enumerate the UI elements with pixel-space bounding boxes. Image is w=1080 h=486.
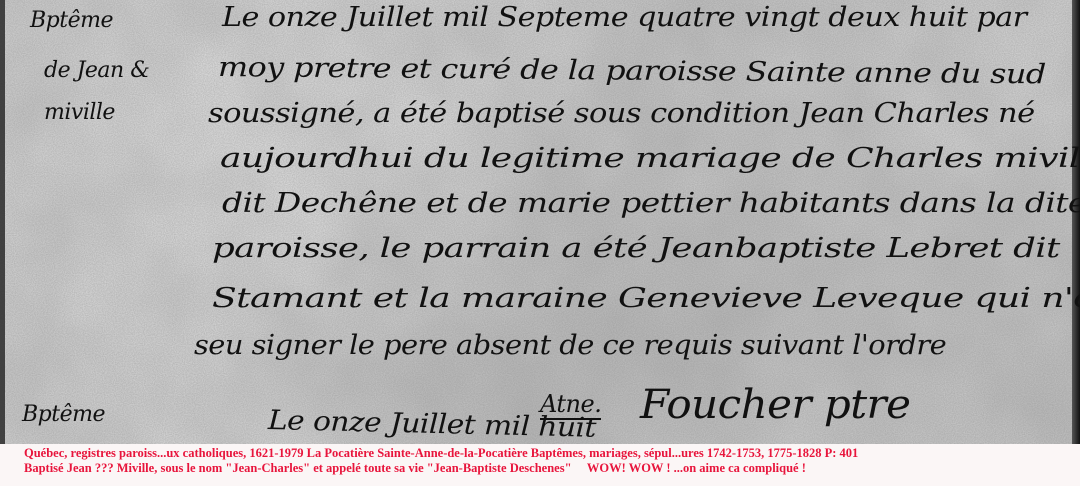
entry-line-6: paroisse, le parrain a été Jeanbaptiste …	[212, 233, 1060, 264]
margin-note-de-jean: de Jean &	[44, 58, 149, 83]
priest-signature: Foucher ptre	[640, 382, 910, 428]
caption-comment-line: Baptisé Jean ??? Miville, sous le nom "J…	[24, 461, 806, 476]
page-edge-right	[1072, 0, 1080, 444]
register-scan: Bptême de Jean & miville Bptême Le onze …	[0, 0, 1080, 444]
caption-source-line: Québec, registres paroiss...ux catholiqu…	[24, 446, 858, 461]
entry-line-5: dit Dechêne et de marie pettier habitant…	[222, 188, 1080, 219]
entry-line-4: aujourdhui du legitime mariage de Charle…	[220, 143, 1080, 174]
entry-line-3: soussigné, a été baptisé sous condition …	[208, 98, 1035, 129]
page-edge-left	[0, 0, 5, 444]
entry-line-1: Le onze Juillet mil Septeme quatre vingt…	[222, 2, 1027, 33]
caption-band: Québec, registres paroiss...ux catholiqu…	[0, 444, 1080, 486]
margin-note-bapteme-next: Bptême	[22, 402, 105, 427]
margin-note-miville: miville	[44, 100, 115, 125]
entry-line-8: seu signer le pere absent de ce requis s…	[194, 330, 946, 361]
signature-prefix-text: Atne.	[540, 390, 601, 420]
entry-line-7: Stamant et la maraine Genevieve Leveque …	[212, 283, 1080, 314]
signature-prefix: Atne.	[540, 390, 601, 418]
margin-note-bapteme: Bptême	[30, 8, 113, 33]
